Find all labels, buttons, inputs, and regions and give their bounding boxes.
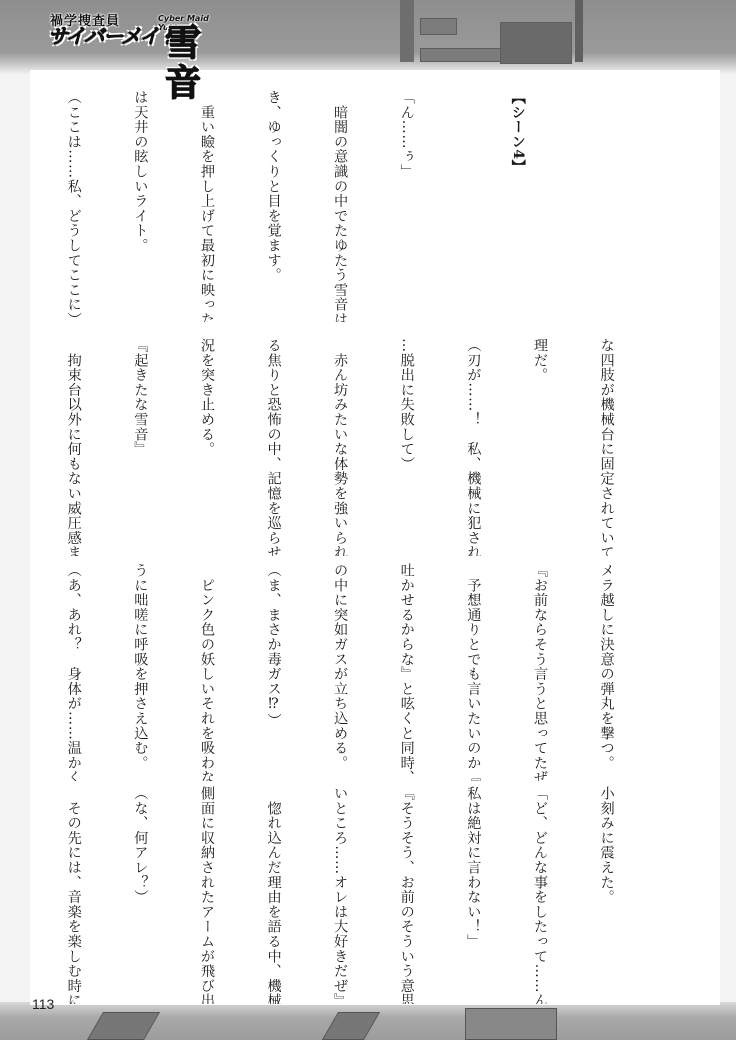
text-column: …脱出に失敗して） <box>396 338 418 556</box>
text-column: （ま、まさか毒ガス⁉） <box>262 563 284 781</box>
text-column: （ここは……私、どうしてここに） <box>63 90 85 322</box>
text-column: 理だ。 <box>529 338 551 556</box>
text-column: ピンク色の妖しいそれを吸わないよ <box>196 563 218 781</box>
series-logo: 禍学捜査員 Cyber Maid Yukine サイバーメイド 雪音 <box>40 8 230 68</box>
text-column: の中に突如ガスが立ち込める。 <box>329 563 351 781</box>
text-column: 『そうそう、お前のそういう意思が強 <box>396 786 418 1004</box>
text-column: メラ越しに決意の弾丸を撃つ。 <box>595 563 617 781</box>
background-art-bottom <box>0 1002 736 1040</box>
text-column: 『起きたな雪音』 <box>129 338 151 556</box>
text-column: うに咄嗟に呼吸を押さえ込む。 <box>129 563 151 781</box>
text-column: 惚れ込んだ理由を語る中、機械台の <box>262 786 284 1004</box>
page-number: 113 <box>32 996 54 1012</box>
scene-heading: 【シーン4】 <box>507 90 529 322</box>
text-column: （刃が……！ 私、機械に犯されて… <box>462 338 484 556</box>
text-column: 拘束台以外に何もない威圧感まみれ <box>63 338 85 556</box>
logo-title-katakana: サイバーメイド <box>48 26 178 46</box>
text-column: き、ゆっくりと目を覚ます。 <box>262 90 284 322</box>
text-column: は天井の眩しいライト。 <box>129 90 151 322</box>
text-column: その先には、音楽を楽しむ時に使う <box>63 786 85 1004</box>
text-column: 暗闇の意識の中でたゆたう雪音は呻 <box>329 90 351 322</box>
text-column: 側面に収納されたアームが飛び出す。 <box>196 786 218 1004</box>
text-column: 「ど、どんな事をしたって……んッ。 <box>529 786 551 1004</box>
text-column: （あ、あれ？ 身体が……温かく） <box>63 563 85 781</box>
background-panel <box>500 22 572 64</box>
text-column: る焦りと恐怖の中、記憶を巡らせて状 <box>262 338 284 556</box>
text-band-2: な四肢が機械台に固定されていては無 理だ。 （刃が……！ 私、機械に犯されて… … <box>22 338 662 556</box>
background-bar <box>87 1012 160 1040</box>
background-panel <box>420 18 457 35</box>
background-bar <box>322 1012 380 1040</box>
text-column: 赤ん坊みたいな体勢を強いられてい <box>329 338 351 556</box>
text-column: 予想通りとでも言いたいのか『必ず <box>462 563 484 781</box>
text-column: 況を突き止める。 <box>196 338 218 556</box>
text-column: 重い瞼を押し上げて最初に映ったの <box>196 90 218 322</box>
background-bar <box>465 1008 557 1040</box>
text-column: 小刻みに震えた。 <box>595 786 617 1004</box>
background-pillar <box>400 0 414 62</box>
text-column: いところ……オレは大好きだぜ』 <box>329 786 351 1004</box>
text-band-4: 小刻みに震えた。 「ど、どんな事をしたって……んッ。 私は絶対に言わない！」 『… <box>22 786 662 1004</box>
text-band-3: メラ越しに決意の弾丸を撃つ。 『お前ならそう言うと思ってたぜ』 予想通りとでも言… <box>22 563 662 781</box>
background-pillar <box>575 0 583 62</box>
text-column: 吐かせるからな』と呟くと同時、部屋 <box>396 563 418 781</box>
text-band-1: 【シーン4】 「ん……ぅ」 暗闇の意識の中でたゆたう雪音は呻 き、ゆっくりと目を… <box>22 90 662 322</box>
text-column: 私は絶対に言わない！」 <box>462 786 484 1004</box>
text-column: な四肢が機械台に固定されていては無 <box>595 338 617 556</box>
text-column: （な、何アレ？） <box>129 786 151 1004</box>
text-column: 『お前ならそう言うと思ってたぜ』 <box>529 563 551 781</box>
text-column: 「ん……ぅ」 <box>396 90 418 322</box>
